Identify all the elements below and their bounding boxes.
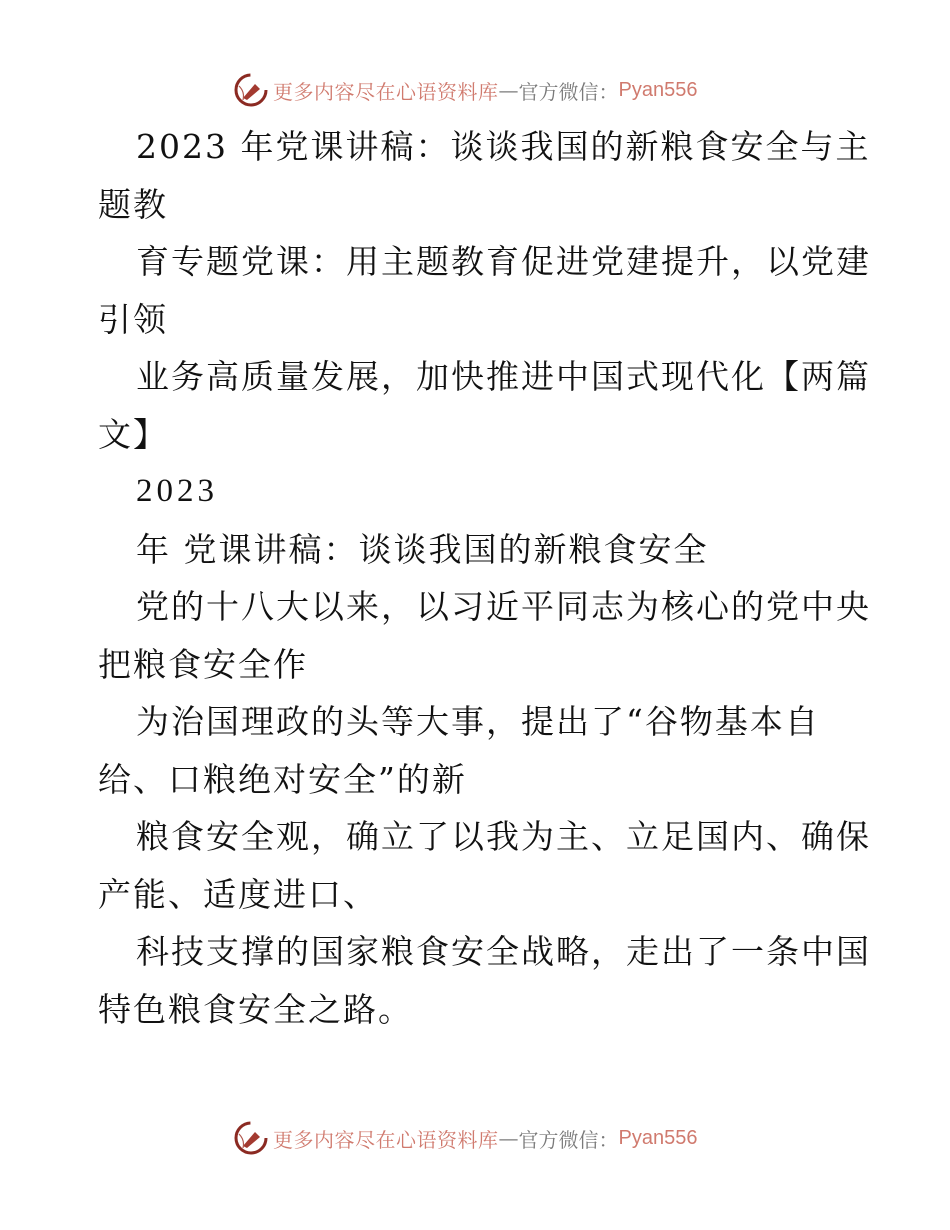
line-text: 特色粮食安全之路。: [98, 990, 413, 1029]
line-text: 粮食安全观，确立了以我为主、立足国内、确保: [136, 817, 871, 856]
line-text: 为治国理政的头等大事，提出了“谷物基本自: [136, 702, 820, 741]
line-text: 给、口粮绝对安全”的新: [98, 760, 467, 799]
text-line: 为治国理政的头等大事，提出了“谷物基本自: [98, 693, 858, 751]
line-text: 党的十八大以来，以习近平同志为核心的党中央: [136, 587, 871, 626]
banner-dash: —: [499, 1126, 519, 1150]
text-line: 年 党课讲稿：谈谈我国的新粮食安全: [98, 521, 858, 579]
text-line: 特色粮食安全之路。: [98, 981, 858, 1039]
text-line: 给、口粮绝对安全”的新: [98, 751, 858, 809]
text-line: 2023: [98, 463, 858, 521]
banner-wechat-label: 官方微信：: [519, 1124, 619, 1153]
line-text: 2023: [136, 473, 218, 509]
line-text: 产能、适度进口、: [98, 875, 378, 914]
line-text: 年 党课讲稿：谈谈我国的新粮食安全: [136, 530, 709, 569]
line-text: 业务高质量发展，加快推进中国式现代化【两篇: [136, 357, 871, 396]
text-line: 科技支撑的国家粮食安全战略，走出了一条中国: [98, 923, 858, 981]
banner-main-text: 更多内容尽在心语资料库: [273, 1124, 499, 1153]
header-banner: 更多内容尽在心语资料库 — 官方微信： Pyan556: [233, 70, 697, 110]
text-line: 2023 年党课讲稿：谈谈我国的新粮食安全与主: [98, 118, 858, 176]
document-body: 2023 年党课讲稿：谈谈我国的新粮食安全与主 题教 育专题党课：用主题教育促进…: [98, 118, 858, 1038]
line-text: 科技支撑的国家粮食安全战略，走出了一条中国: [136, 932, 871, 971]
line-text: 2023 年党课讲稿：谈谈我国的新粮食安全与主: [136, 127, 870, 166]
text-line: 题教: [98, 176, 858, 234]
line-text: 把粮食安全作: [98, 645, 308, 684]
text-line: 产能、适度进口、: [98, 866, 858, 924]
text-line: 党的十八大以来，以习近平同志为核心的党中央: [98, 578, 858, 636]
banner-dash: —: [499, 78, 519, 102]
line-text: 育专题党课：用主题教育促进党建提升，以党建: [136, 242, 871, 281]
text-line: 业务高质量发展，加快推进中国式现代化【两篇: [98, 348, 858, 406]
text-line: 把粮食安全作: [98, 636, 858, 694]
text-line: 文】: [98, 406, 858, 464]
banner-wechat-label: 官方微信：: [519, 76, 619, 105]
text-line: 引领: [98, 291, 858, 349]
text-line: 粮食安全观，确立了以我为主、立足国内、确保: [98, 808, 858, 866]
line-text: 题教: [98, 185, 168, 224]
line-text: 文】: [98, 415, 168, 454]
footer-banner: 更多内容尽在心语资料库 — 官方微信： Pyan556: [233, 1118, 697, 1158]
text-line: 育专题党课：用主题教育促进党建提升，以党建: [98, 233, 858, 291]
banner-wechat-id: Pyan556: [619, 1127, 698, 1150]
pen-nib-logo-icon: [233, 72, 269, 108]
pen-nib-logo-icon: [233, 1120, 269, 1156]
banner-wechat-id: Pyan556: [619, 79, 698, 102]
line-text: 引领: [98, 300, 168, 339]
banner-main-text: 更多内容尽在心语资料库: [273, 76, 499, 105]
